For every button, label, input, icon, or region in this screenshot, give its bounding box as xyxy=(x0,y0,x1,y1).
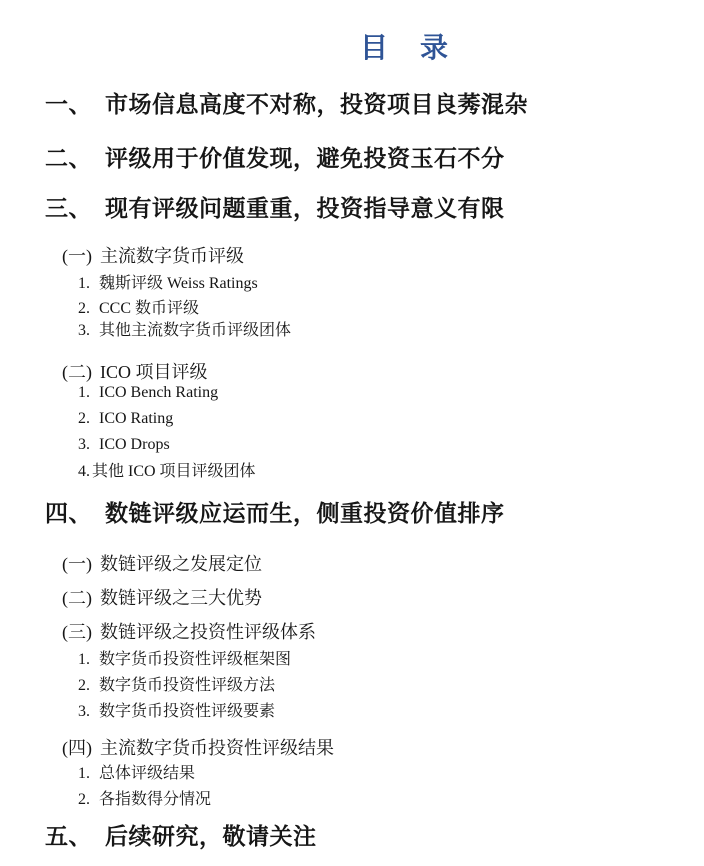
page-title: 目 录 xyxy=(0,26,704,66)
toc-entry-number: 3. xyxy=(78,703,90,721)
toc-entry[interactable]: 3. 数字货币投资性评级要素 xyxy=(78,698,275,721)
toc-entry-label: 其他主流数字货币评级团体 xyxy=(99,317,291,340)
toc-entry[interactable]: 2. 各指数得分情况 xyxy=(78,786,211,809)
toc-entry-number: (一) xyxy=(62,550,92,576)
toc-entry-label: 后续研究，敬请关注 xyxy=(105,818,317,851)
toc-entry[interactable]: 2. 数字货币投资性评级方法 xyxy=(78,672,275,695)
toc-entry[interactable]: 3. ICO Drops xyxy=(78,436,170,454)
toc-entry[interactable]: 2. CCC 数币评级 xyxy=(78,295,199,318)
toc-entry-number: 五、 xyxy=(45,818,92,851)
toc-entry-label: 数字货币投资性评级框架图 xyxy=(99,646,291,669)
toc-entry[interactable]: 1. 魏斯评级 Weiss Ratings xyxy=(78,270,258,293)
toc-entry-number: (二) xyxy=(62,584,92,610)
toc-entry[interactable]: 3. 其他主流数字货币评级团体 xyxy=(78,317,291,340)
toc-entry-label: 数链评级之投资性评级体系 xyxy=(100,618,316,644)
toc-entry-number: 3. xyxy=(78,436,90,454)
toc-page: 目 录 一、 市场信息高度不对称，投资项目良莠混杂 二、 评级用于价值发现，避免… xyxy=(0,0,704,866)
toc-entry[interactable]: (三) 数链评级之投资性评级体系 xyxy=(62,618,316,644)
toc-entry-label: ICO Bench Rating xyxy=(99,384,218,402)
toc-entry-label: 主流数字货币评级 xyxy=(100,242,244,268)
toc-entry-number: 2. xyxy=(78,791,90,809)
toc-entry-number: 2. xyxy=(78,677,90,695)
toc-entry-number: 四、 xyxy=(45,495,92,528)
toc-entry-label: 现有评级问题重重，投资指导意义有限 xyxy=(105,190,505,223)
toc-entry-number: 2. xyxy=(78,300,90,318)
toc-entry[interactable]: (一) 数链评级之发展定位 xyxy=(62,550,262,576)
toc-entry[interactable]: 1. 数字货币投资性评级框架图 xyxy=(78,646,291,669)
toc-entry-label: 各指数得分情况 xyxy=(99,786,211,809)
toc-entry[interactable]: 三、 现有评级问题重重，投资指导意义有限 xyxy=(45,190,505,223)
toc-entry[interactable]: 4. 其他 ICO 项目评级团体 xyxy=(78,458,256,481)
toc-entry-label: 数字货币投资性评级要素 xyxy=(99,698,275,721)
toc-entry-label: 评级用于价值发现，避免投资玉石不分 xyxy=(105,140,505,173)
toc-entry-label: 数链评级之三大优势 xyxy=(100,584,262,610)
toc-entry[interactable]: 1. ICO Bench Rating xyxy=(78,384,218,402)
toc-entry-number: 1. xyxy=(78,765,90,783)
toc-entry-label: ICO 项目评级 xyxy=(100,358,208,384)
toc-entry-number: 三、 xyxy=(45,190,92,223)
toc-entry-label: 市场信息高度不对称，投资项目良莠混杂 xyxy=(105,86,528,119)
toc-entry-label: 其他 ICO 项目评级团体 xyxy=(92,458,256,481)
toc-entry-number: 一、 xyxy=(45,86,92,119)
toc-entry-number: (一) xyxy=(62,242,92,268)
toc-entry[interactable]: 二、 评级用于价值发现，避免投资玉石不分 xyxy=(45,140,505,173)
toc-entry[interactable]: (四) 主流数字货币投资性评级结果 xyxy=(62,734,334,760)
toc-entry[interactable]: 1. 总体评级结果 xyxy=(78,760,195,783)
toc-entry-number: 4. xyxy=(78,463,90,481)
toc-entry[interactable]: 五、 后续研究，敬请关注 xyxy=(45,818,317,851)
toc-entry-number: (二) xyxy=(62,358,92,384)
toc-entry-number: 2. xyxy=(78,410,90,428)
toc-entry-number: 1. xyxy=(78,651,90,669)
toc-entry-label: ICO Drops xyxy=(99,436,170,454)
toc-entry-label: 总体评级结果 xyxy=(99,760,195,783)
toc-entry[interactable]: 一、 市场信息高度不对称，投资项目良莠混杂 xyxy=(45,86,528,119)
toc-entry-label: CCC 数币评级 xyxy=(99,295,199,318)
toc-entry[interactable]: (二) ICO 项目评级 xyxy=(62,358,208,384)
toc-entry-number: (三) xyxy=(62,618,92,644)
toc-entry-label: 数链评级应运而生，侧重投资价值排序 xyxy=(105,495,505,528)
toc-entry-number: 二、 xyxy=(45,140,92,173)
toc-entry-number: 3. xyxy=(78,322,90,340)
toc-entry-label: ICO Rating xyxy=(99,410,173,428)
toc-entry-number: 1. xyxy=(78,275,90,293)
toc-entry-number: 1. xyxy=(78,384,90,402)
toc-entry-label: 数链评级之发展定位 xyxy=(100,550,262,576)
toc-entry-label: 数字货币投资性评级方法 xyxy=(99,672,275,695)
toc-entry[interactable]: (二) 数链评级之三大优势 xyxy=(62,584,262,610)
toc-entry-label: 主流数字货币投资性评级结果 xyxy=(100,734,334,760)
toc-entry[interactable]: 四、 数链评级应运而生，侧重投资价值排序 xyxy=(45,495,505,528)
toc-entry[interactable]: 2. ICO Rating xyxy=(78,410,173,428)
toc-entry-label: 魏斯评级 Weiss Ratings xyxy=(99,270,258,293)
toc-entry[interactable]: (一) 主流数字货币评级 xyxy=(62,242,244,268)
toc-entry-number: (四) xyxy=(62,734,92,760)
